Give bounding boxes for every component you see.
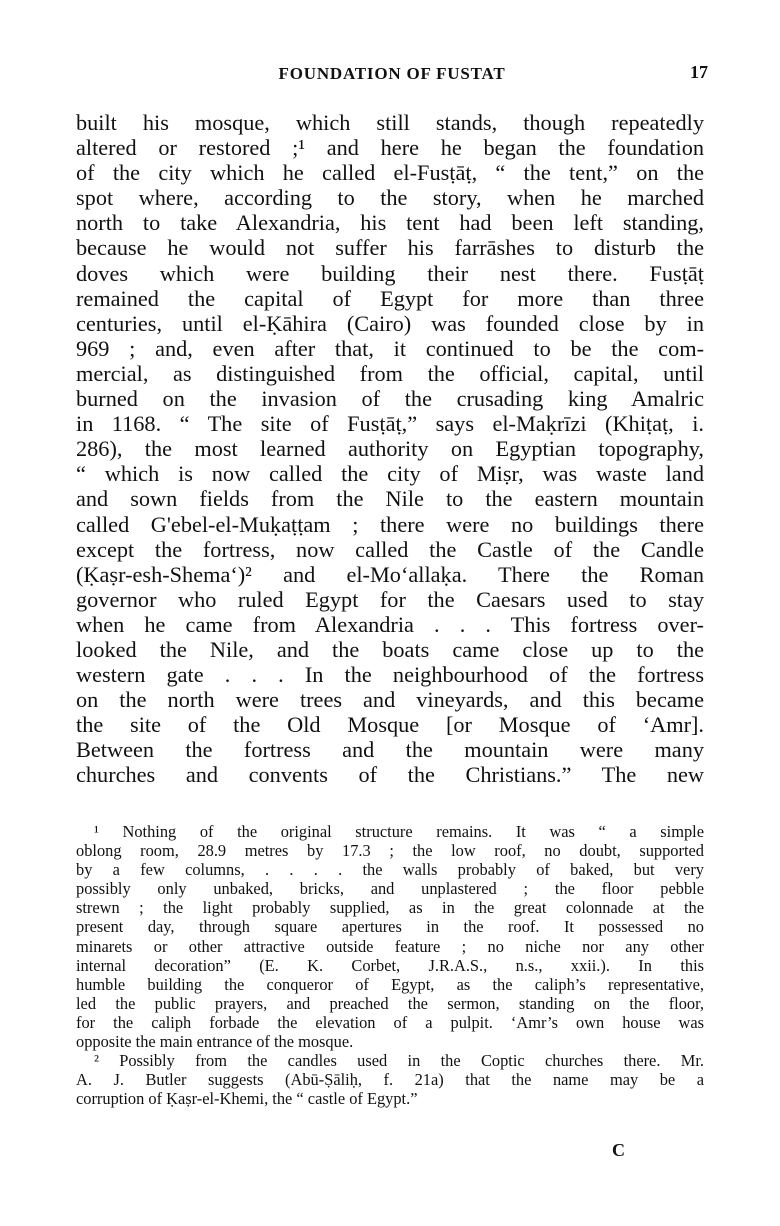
footnote-1-line: humble building the conqueror of Egypt, … <box>76 975 704 994</box>
footnote-1-line: oblong room, 28.9 metres by 17.3 ; the l… <box>76 841 704 860</box>
text-line: when he came from Alexandria . . . This … <box>76 612 704 637</box>
footnote-1-line: opposite the main entrance of the mosque… <box>76 1032 704 1051</box>
footnote-1-line: strewn ; the light probably supplied, as… <box>76 898 704 917</box>
footnote-1-line: by a few columns, . . . . the walls prob… <box>76 860 704 879</box>
text-line: churches and convents of the Christians.… <box>76 762 704 787</box>
text-line: of the city which he called el-Fusṭāṭ, “… <box>76 160 704 185</box>
text-line: mercial, as distinguished from the offic… <box>76 361 704 386</box>
text-line: except the fortress, now called the Cast… <box>76 537 704 562</box>
text-line: burned on the invasion of the crusading … <box>76 386 704 411</box>
signature-mark: C <box>612 1140 625 1161</box>
footnote-2-line: A. J. Butler suggests (Abū-Ṣāliḥ, f. 21a… <box>76 1070 704 1089</box>
footnotes: ¹ Nothing of the original structure rema… <box>76 822 704 1108</box>
text-line: Between the fortress and the mountain we… <box>76 737 704 762</box>
text-line: altered or restored ;¹ and here he began… <box>76 135 704 160</box>
text-line: in 1168. “ The site of Fusṭāṭ,” says el-… <box>76 411 704 436</box>
footnote-1-line: present day, through square apertures in… <box>76 917 704 936</box>
footnote-1-line: minarets or other attractive outside fea… <box>76 937 704 956</box>
text-line: governor who ruled Egypt for the Caesars… <box>76 587 704 612</box>
text-line: called G'ebel-el-Muḳaṭṭam ; there were n… <box>76 512 704 537</box>
footnote-1-line: internal decoration” (E. K. Corbet, J.R.… <box>76 956 704 975</box>
text-line: spot where, according to the story, when… <box>76 185 704 210</box>
footnote-1-line: ¹ Nothing of the original structure rema… <box>76 822 704 841</box>
text-line: 286), the most learned authority on Egyp… <box>76 436 704 461</box>
footnote-1-line: led the public prayers, and preached the… <box>76 994 704 1013</box>
running-title: FOUNDATION OF FUSTAT <box>76 64 708 84</box>
footnote-1-line: possibly only unbaked, bricks, and unpla… <box>76 879 704 898</box>
footnote-1-line: for the caliph forbade the elevation of … <box>76 1013 704 1032</box>
text-line: (Ḳaṣr-esh-Shema‘)² and el-Mo‘allaḳa. The… <box>76 562 704 587</box>
main-text: built his mosque, which still stands, th… <box>76 110 704 788</box>
page-number: 17 <box>690 62 708 83</box>
text-line: on the north were trees and vineyards, a… <box>76 687 704 712</box>
text-line: and sown fields from the Nile to the eas… <box>76 486 704 511</box>
page-header: FOUNDATION OF FUSTAT 17 <box>76 62 708 88</box>
text-line: remained the capital of Egypt for more t… <box>76 286 704 311</box>
text-line: looked the Nile, and the boats came clos… <box>76 637 704 662</box>
text-line: centuries, until el-Ḳāhira (Cairo) was f… <box>76 311 704 336</box>
text-line: “ which is now called the city of Miṣr, … <box>76 461 704 486</box>
text-line: western gate . . . In the neighbourhood … <box>76 662 704 687</box>
text-line: because he would not suffer his farrāshe… <box>76 235 704 260</box>
text-line: the site of the Old Mosque [or Mosque of… <box>76 712 704 737</box>
text-line: 969 ; and, even after that, it continued… <box>76 336 704 361</box>
text-line: north to take Alexandria, his tent had b… <box>76 210 704 235</box>
text-line: doves which were building their nest the… <box>76 261 704 286</box>
footnote-2-line: corruption of Ḳaṣr-el-Khemi, the “ castl… <box>76 1089 704 1108</box>
text-line: built his mosque, which still stands, th… <box>76 110 704 135</box>
footnote-2-line: ² Possibly from the candles used in the … <box>76 1051 704 1070</box>
